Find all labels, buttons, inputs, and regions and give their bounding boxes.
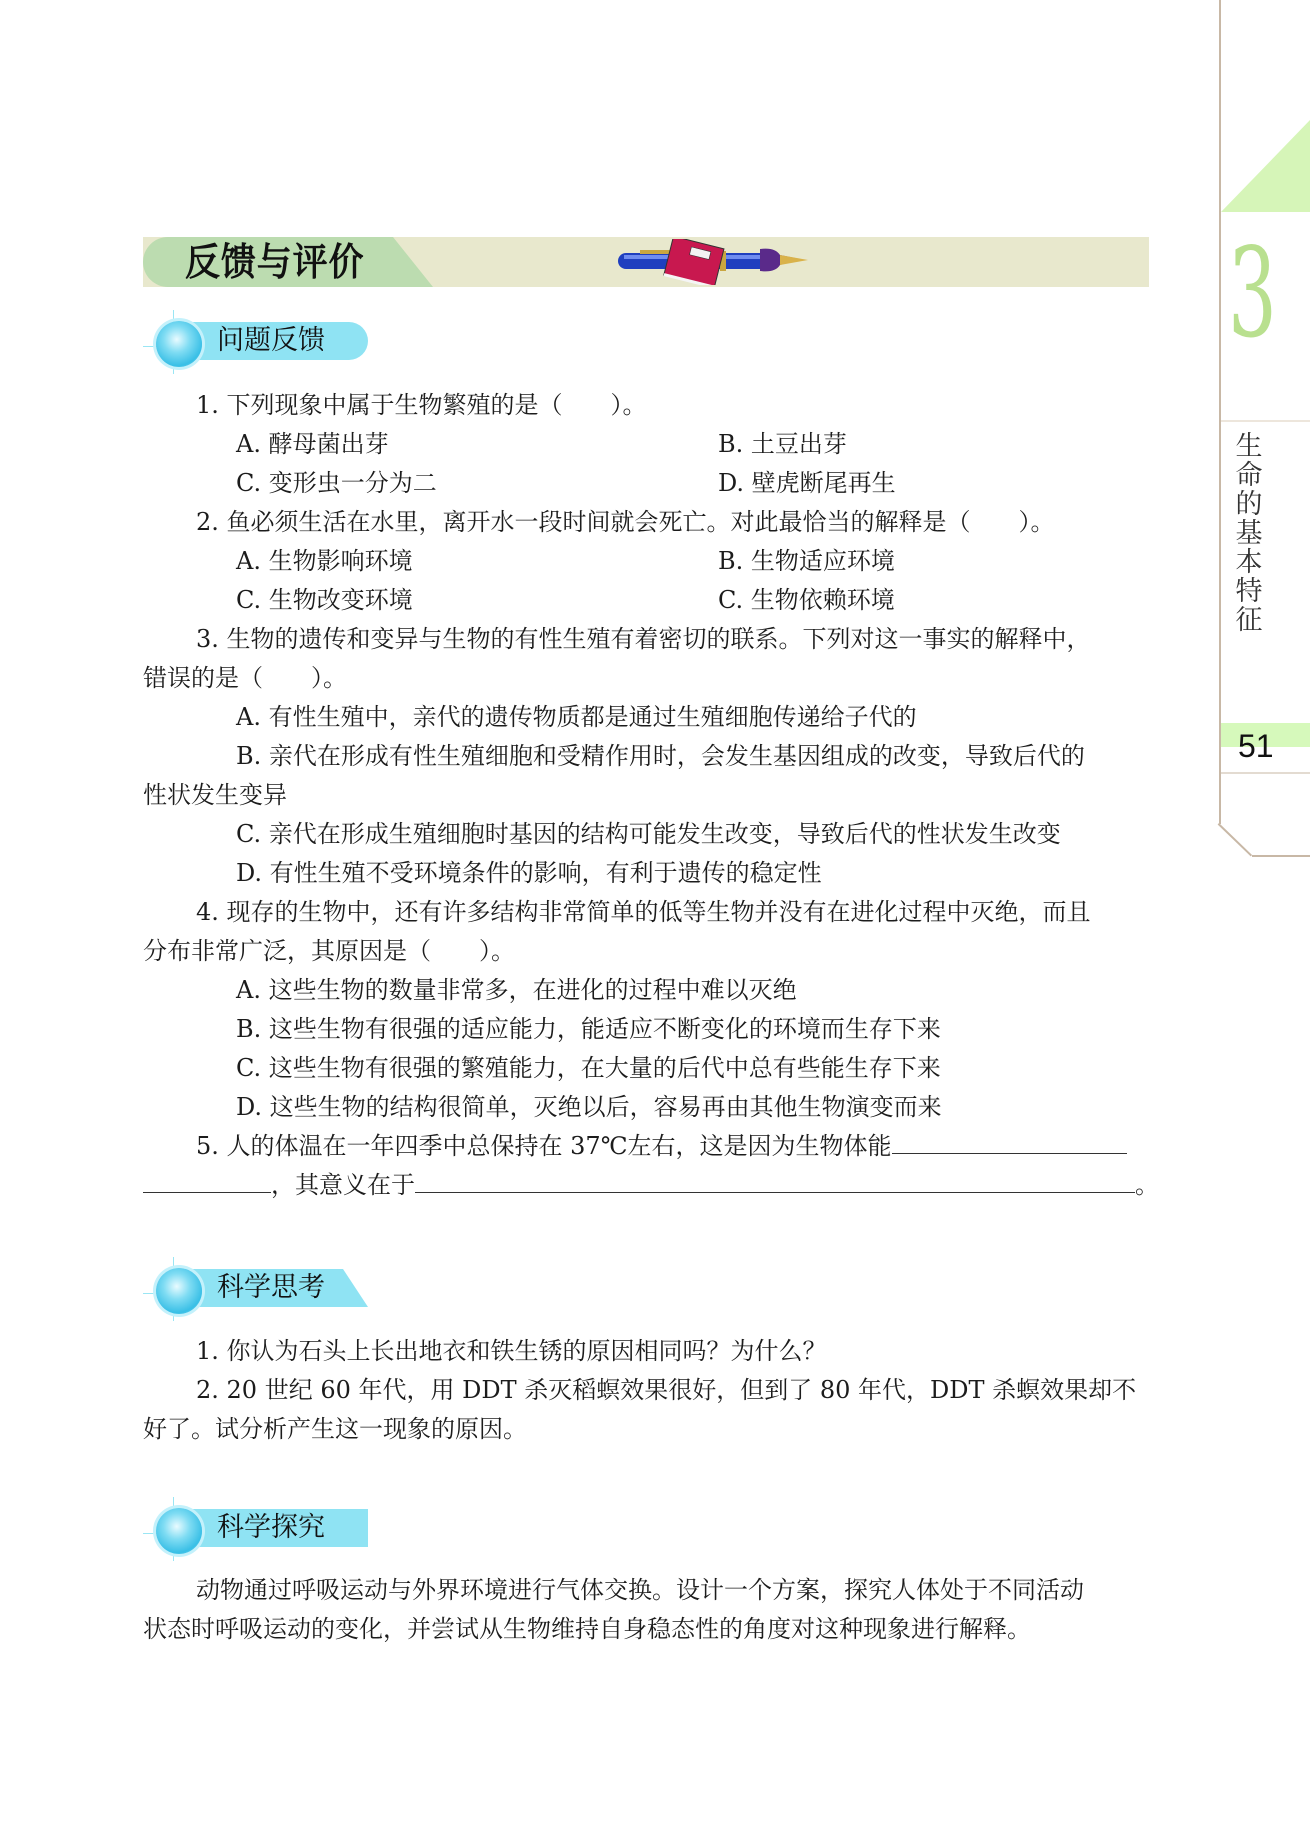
option-c: C. 变形虫一分为二 (236, 468, 437, 498)
section-title: 问题反馈 (217, 323, 325, 359)
option-a: A. 生物影响环境 (236, 546, 413, 576)
option-c: C. 亲代在形成生殖细胞时基因的结构可能发生改变，导致后代的性状发生改变 (236, 819, 1061, 849)
answer-blank[interactable] (415, 1170, 1135, 1193)
option-c: C. 这些生物有很强的繁殖能力，在大量的后代中总有些能生存下来 (236, 1053, 941, 1083)
tab-border-diagonal (1218, 823, 1252, 856)
fill-in-question: 5. 人的体温在一年四季中总保持在 37℃左右，这是因为生物体能 (196, 1131, 1127, 1161)
question-stem: 4. 现存的生物中，还有许多结构非常简单的低等生物并没有在进化过程中灭绝，而且 (196, 897, 1091, 927)
thinking-question: 1. 你认为石头上长出地衣和铁生锈的原因相同吗？为什么？ (196, 1336, 827, 1366)
section-header-feedback: 问题反馈 (143, 313, 383, 367)
thinking-question-continued: 好了。试分析产生这一现象的原因。 (143, 1414, 527, 1444)
section-header-thinking: 科学思考 (143, 1260, 383, 1314)
option-a: A. 有性生殖中，亲代的遗传物质都是通过生殖细胞传递给子代的 (236, 702, 917, 732)
option-d: D. 壁虎断尾再生 (718, 468, 896, 498)
question-text: ，其意义在于 (271, 1171, 415, 1199)
question-stem: 1. 下列现象中属于生物繁殖的是（ ）。 (196, 390, 647, 420)
question-stem: 5. 人的体温在一年四季中总保持在 37℃左右，这是因为生物体能 (196, 1132, 892, 1160)
section-title: 科学思考 (217, 1270, 325, 1306)
option-b: B. 这些生物有很强的适应能力，能适应不断变化的环境而生存下来 (236, 1014, 941, 1044)
tab-corner-triangle (1221, 120, 1310, 212)
inquiry-text-continued: 状态时呼吸运动的变化，并尝试从生物维持自身稳态性的角度对这种现象进行解释。 (143, 1614, 1031, 1644)
banner-title-block: 反馈与评价 (143, 237, 433, 287)
section-title: 科学探究 (217, 1510, 325, 1546)
option-b-continued: 性状发生变异 (143, 780, 287, 810)
option-b: B. 亲代在形成有性生殖细胞和受精作用时，会发生基因组成的改变，导致后代的 (236, 741, 1085, 771)
option-d: D. 这些生物的结构很简单，灭绝以后，容易再由其他生物演变而来 (236, 1092, 942, 1122)
tab-border-bottom (1252, 855, 1310, 857)
option-c: C. 生物改变环境 (236, 585, 413, 615)
answer-blank[interactable] (892, 1131, 1127, 1154)
chapter-number: 3 (1228, 232, 1265, 356)
question-stem: 2. 鱼必须生活在水里，离开水一段时间就会死亡。对此最恰当的解释是（ ）。 (196, 507, 1055, 537)
answer-blank[interactable] (143, 1170, 271, 1193)
question-stem: 3. 生物的遗传和变异与生物的有性生殖有着密切的联系。下列对这一事实的解释中， (196, 624, 1091, 654)
option-d: D. 有性生殖不受环境条件的影响，有利于遗传的稳定性 (236, 858, 822, 888)
orb-icon (156, 321, 202, 367)
orb-icon (156, 1508, 202, 1554)
section-header-inquiry: 科学探究 (143, 1500, 383, 1554)
option-b: B. 土豆出芽 (718, 429, 847, 459)
orb-icon (156, 1268, 202, 1314)
tab-divider (1221, 772, 1310, 774)
inquiry-text: 动物通过呼吸运动与外界环境进行气体交换。设计一个方案，探究人体处于不同活动 (196, 1575, 1084, 1605)
tab-divider (1221, 420, 1310, 422)
thinking-question: 2. 20 世纪 60 年代，用 DDT 杀灭稻螟效果很好，但到了 80 年代，… (196, 1375, 1136, 1405)
option-a: A. 酵母菌出芽 (236, 429, 389, 459)
banner-title: 反馈与评价 (185, 241, 364, 283)
tab-border-line (1219, 0, 1221, 824)
fill-in-question-continued: ，其意义在于。 (143, 1170, 1159, 1200)
question-stem-continued: 分布非常广泛，其原因是（ ）。 (143, 936, 515, 966)
option-a: A. 这些生物的数量非常多，在进化的过程中难以灭绝 (236, 975, 797, 1005)
question-text: 。 (1135, 1171, 1159, 1199)
option-b: B. 生物适应环境 (718, 546, 895, 576)
chapter-title: 生命的基本特征 (1234, 432, 1264, 635)
question-stem-continued: 错误的是（ ）。 (143, 663, 347, 693)
option-d: C. 生物依赖环境 (718, 585, 895, 615)
pen-and-notebook-icon (610, 239, 810, 285)
page-number: 51 (1238, 730, 1274, 762)
